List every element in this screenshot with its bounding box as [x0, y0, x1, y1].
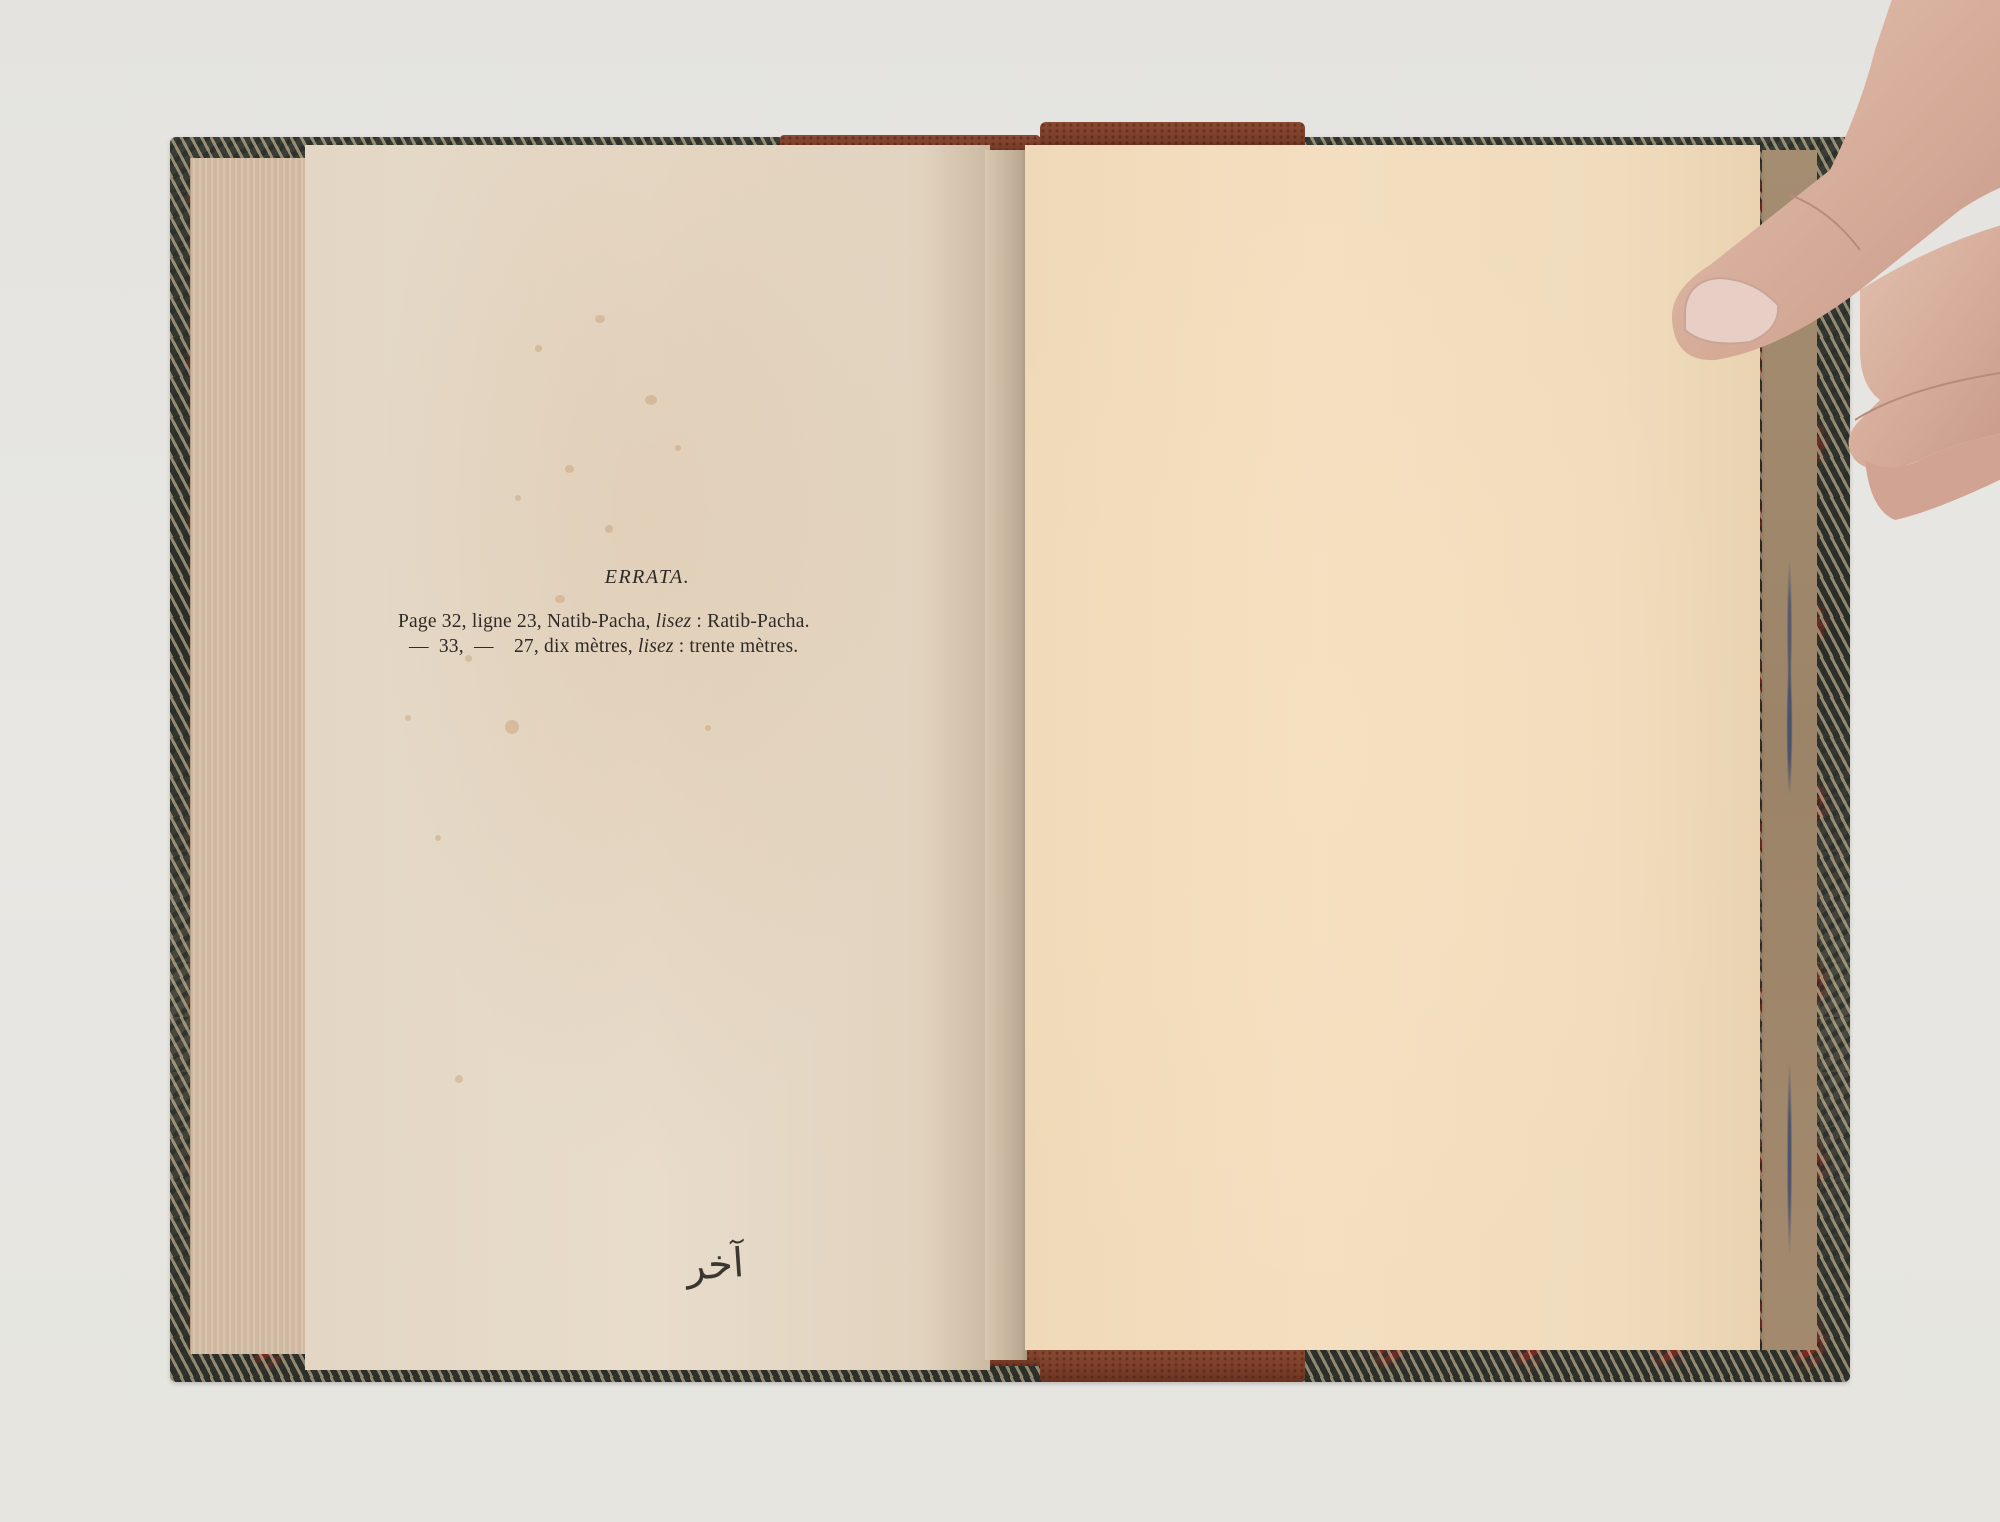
errata-line: — 33, — 27, dix mètres, lisez : trente m…	[409, 636, 798, 658]
hand-icon	[1660, 0, 2000, 650]
errata-line: Page 32, ligne 23, Natib-Pacha, lisez : …	[398, 611, 810, 633]
leather-spine-bottom	[1040, 1350, 1305, 1382]
errata-line-text: — 33, — 27, dix mètres,	[409, 636, 638, 657]
book-gutter	[985, 150, 1027, 1360]
errata-heading: ERRATA.	[305, 566, 990, 589]
errata-lisez: lisez	[656, 611, 692, 632]
errata-correction: : Ratib-Pacha.	[691, 611, 809, 632]
left-page	[305, 145, 990, 1370]
errata-line-text: Page 32, ligne 23, Natib-Pacha,	[398, 611, 656, 632]
errata-lisez: lisez	[638, 636, 674, 657]
right-page-blank	[1025, 145, 1760, 1350]
errata-correction: : trente mètres.	[674, 636, 799, 657]
page-stack-edge	[190, 158, 311, 1354]
handwritten-arabic-note: آخر	[684, 1240, 745, 1290]
